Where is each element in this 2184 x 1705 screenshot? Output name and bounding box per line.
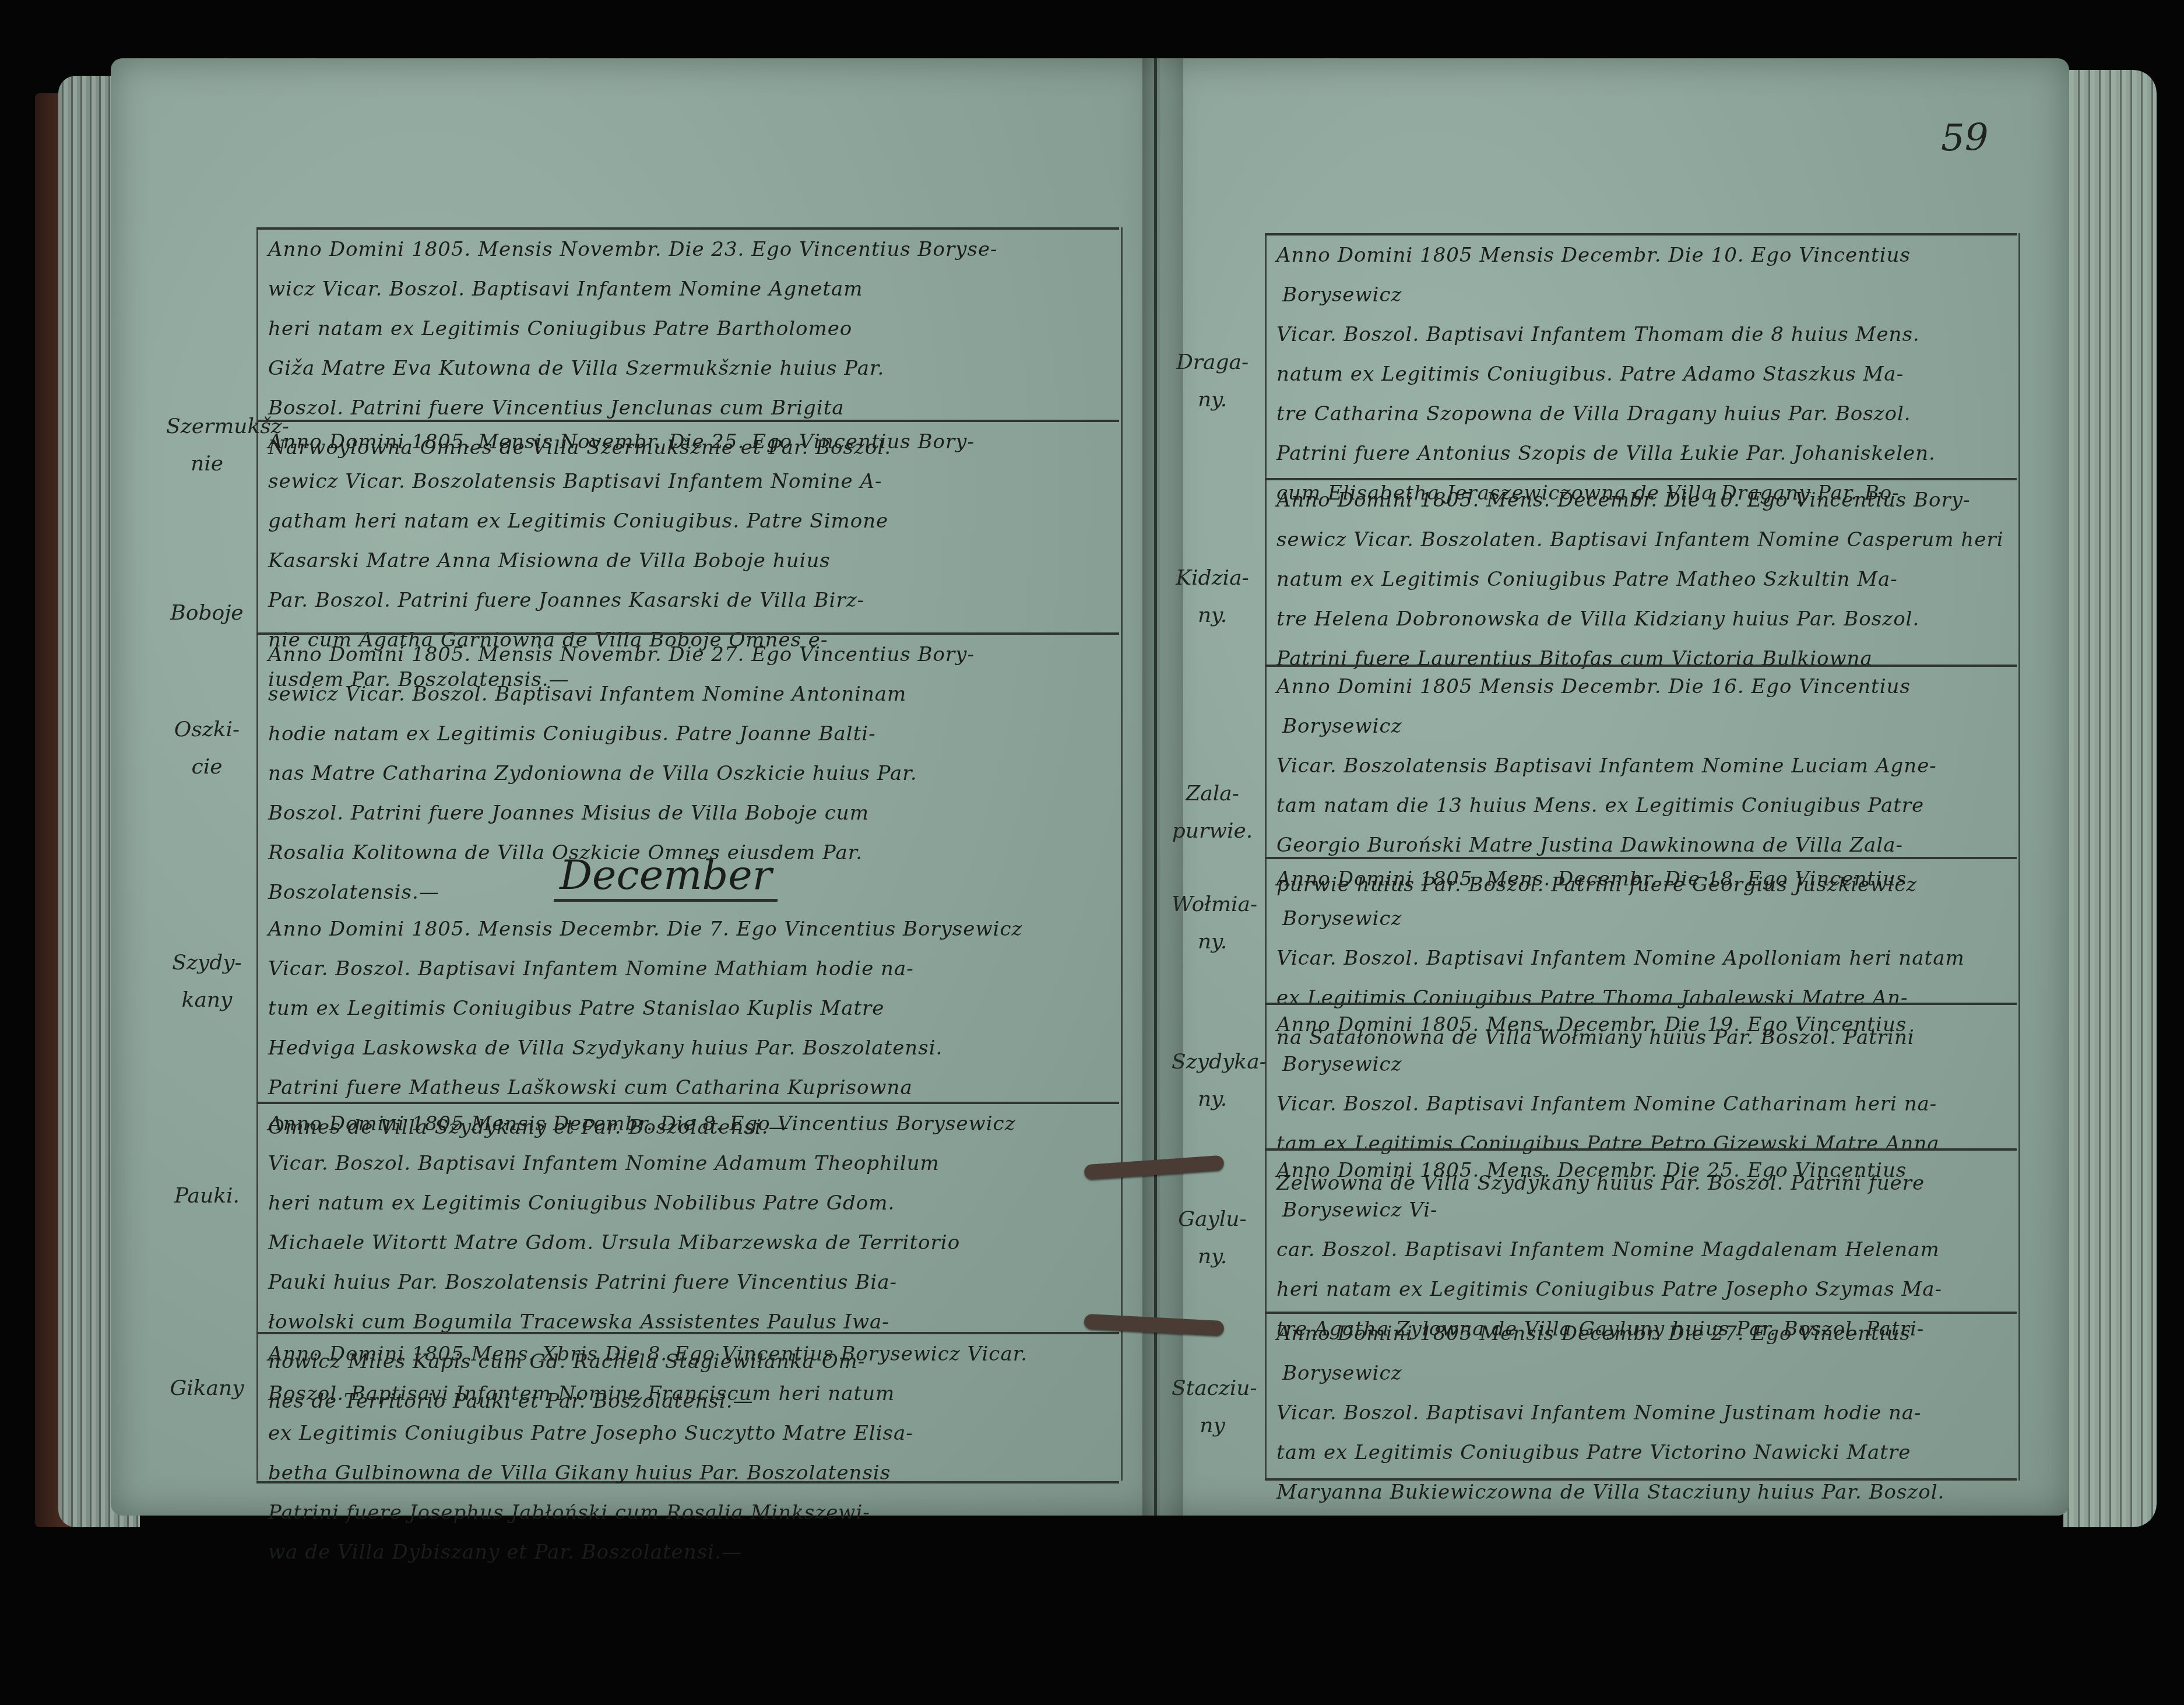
- entry-line: gatham heri natam ex Legitimis Coniugibu…: [256, 501, 1119, 541]
- entry-line: Boszol. Baptisavi Infantem Nomine Franci…: [256, 1374, 1119, 1414]
- entry-line: natum ex Legitimis Coniugibus Patre Math…: [1265, 560, 2017, 599]
- entry-line: Vicar. Boszol. Baptisavi Infantem Nomine…: [1265, 938, 2017, 978]
- margin-village-note: Wołmia­ny.: [1172, 886, 1253, 961]
- page-edges-right: [2063, 70, 2157, 1527]
- margin-village-note: Szermukšz­nie: [166, 408, 248, 483]
- margin-village-note: Draga­ny.: [1172, 344, 1253, 419]
- margin-village-note: Szydyka­ny.: [1172, 1043, 1253, 1118]
- entry-line: Anno Domini 1805 Mens. Xbris Die 8. Ego …: [256, 1334, 1119, 1374]
- entry-line: Vicar. Boszol. Baptisavi Infantem Nomine…: [256, 949, 1119, 989]
- entry-line: sewicz Vicar. Boszolaten. Baptisavi Infa…: [1265, 520, 2017, 560]
- open-register-book: Szermukšz­nie Anno Domini 1805. Mensis N…: [35, 47, 2157, 1655]
- margin-village-note: Stacziu­ny: [1172, 1370, 1253, 1444]
- entry-line: Vicar. Boszol. Baptisavi Infantem Nomine…: [1265, 1084, 2017, 1124]
- entry-line: Maryanna Bukiewiczowna de Villa Stacziun…: [1265, 1472, 2017, 1512]
- baptism-entry: Anno Domini 1805 Mensis Decembr. Die 27.…: [1265, 1312, 2017, 1481]
- baptism-entry: Anno Domini 1805. Mensis Novembr. Die 27…: [256, 632, 1119, 848]
- baptism-entry: Anno Domini 1805 Mensis Decembr. Die 16.…: [1265, 665, 2017, 857]
- baptism-entry: Anno Domini 1805. Mensis Novembr. Die 25…: [256, 420, 1119, 635]
- entry-line: sewicz Vicar. Boszol. Baptisavi Infantem…: [256, 674, 1119, 714]
- baptism-entry: Anno Domini 1805. Mensis Novembr. Die 23…: [256, 227, 1119, 431]
- entry-line: Anno Domini 1805 Mensis Decembr. Die 8. …: [256, 1104, 1119, 1144]
- baptism-entry: Anno Domini 1805 Mensis Decembr. Die 8. …: [256, 1102, 1119, 1341]
- entry-line: Anno Domini 1805 Mensis Decembr. Die 27.…: [1265, 1314, 2017, 1393]
- entry-line: heri natam ex Legitimis Coniugibus Patre…: [256, 309, 1119, 349]
- entry-line: Anno Domini 1805. Mensis Novembr. Die 23…: [256, 230, 1119, 269]
- page-number: 59: [1941, 117, 1988, 160]
- entry-line: Boszol. Patrini fuere Joannes Misius de …: [256, 793, 1119, 833]
- left-page: Szermukšz­nie Anno Domini 1805. Mensis N…: [111, 58, 1160, 1516]
- entry-line: Hedviga Laskowska de Villa Szydykany hui…: [256, 1028, 1119, 1068]
- entry-line: Anno Domini 1805. Mens. Decembr. Die 18.…: [1265, 859, 2017, 938]
- entry-line: tam natam die 13 huius Mens. ex Legitimi…: [1265, 786, 2017, 825]
- entry-line: Anno Domini 1805 Mensis Decembr. Die 16.…: [1265, 667, 2017, 746]
- baptism-entry: Anno Domini 1805. Mensis Decembr. Die 7.…: [256, 909, 1119, 1102]
- margin-village-note: Gikany: [166, 1370, 248, 1407]
- entry-line: Anno Domini 1805. Mensis Decembr. Die 7.…: [256, 909, 1119, 949]
- right-page: 59 Draga­ny. Anno Domini 1805 Mensis Dec…: [1160, 58, 2069, 1516]
- entry-line: Vicar. Boszol. Baptisavi Infantem Nomine…: [1265, 1393, 2017, 1433]
- entry-line: Anno Domini 1805. Mens. Decembr. Die 10.…: [1265, 480, 2017, 520]
- entry-line: car. Boszol. Baptisavi Infantem Nomine M…: [1265, 1230, 2017, 1270]
- entry-line: tre Helena Dobronowska de Villa Kidziany…: [1265, 599, 2017, 639]
- entry-line: Patrini fuere Josephus Jabłoński cum Ros…: [256, 1493, 1119, 1532]
- entry-line: Anno Domini 1805 Mensis Decembr. Die 10.…: [1265, 235, 2017, 315]
- entry-line: tam ex Legitimis Coniugibus Patre Victor…: [1265, 1433, 2017, 1472]
- entry-line: betha Gulbinowna de Villa Gikany huius P…: [256, 1453, 1119, 1493]
- entry-line: ex Legitimis Coniugibus Patre Josepho Su…: [256, 1414, 1119, 1453]
- entry-line: Anno Domini 1805. Mensis Novembr. Die 27…: [256, 635, 1119, 674]
- book-spine-crease: [1154, 58, 1157, 1516]
- entry-line: Vicar. Boszol. Baptisavi Infantem Thomam…: [1265, 315, 2017, 354]
- baptism-entry: Anno Domini 1805 Mens. Xbris Die 8. Ego …: [256, 1332, 1119, 1483]
- baptism-entry: Anno Domini 1805. Mens. Decembr. Die 25.…: [1265, 1148, 2017, 1312]
- entry-line: wa de Villa Dybiszany et Par. Boszolaten…: [256, 1532, 1119, 1572]
- entry-line: tum ex Legitimis Coniugibus Patre Stanis…: [256, 989, 1119, 1028]
- entry-line: tre Catharina Szopowna de Villa Dragany …: [1265, 394, 2017, 434]
- entry-line: Anno Domini 1805. Mensis Novembr. Die 25…: [256, 422, 1119, 462]
- entry-line: Vicar. Boszolatensis Baptisavi Infantem …: [1265, 746, 2017, 786]
- entry-line: Vicar. Boszol. Baptisavi Infantem Nomine…: [256, 1144, 1119, 1183]
- entry-line: natum ex Legitimis Coniugibus. Patre Ada…: [1265, 354, 2017, 394]
- margin-village-note: Bobojе: [166, 595, 248, 632]
- entry-line: Michaele Witortt Matre Gdom. Ursula Miba…: [256, 1223, 1119, 1263]
- entry-line: Giža Matre Eva Kutowna de Villa Szermukš…: [256, 349, 1119, 388]
- entry-line: heri natum ex Legitimis Coniugibus Nobil…: [256, 1183, 1119, 1223]
- entry-line: wicz Vicar. Boszol. Baptisavi Infantem N…: [256, 269, 1119, 309]
- entry-line: Kasarski Matre Anna Misiowna de Villa Bo…: [256, 541, 1119, 581]
- entry-line: sewicz Vicar. Boszolatensis Baptisavi In…: [256, 462, 1119, 501]
- margin-village-note: Zala­purwie.: [1172, 775, 1253, 850]
- baptism-entry: Anno Domini 1805 Mensis Decembr. Die 10.…: [1265, 233, 2017, 478]
- entry-line: Pauki huius Par. Boszolatensis Patrini f…: [256, 1263, 1119, 1302]
- baptism-entry: Anno Domini 1805. Mens. Decembr. Die 10.…: [1265, 478, 2017, 665]
- entry-line: Anno Domini 1805. Mens. Decembr. Die 19.…: [1265, 1005, 2017, 1084]
- entry-line: Patrini fuere Antonius Szopis de Villa Ł…: [1265, 434, 2017, 473]
- book-gutter-shadow: [1142, 58, 1183, 1516]
- margin-village-note: Pauki.: [166, 1177, 248, 1215]
- entry-line: Anno Domini 1805. Mens. Decembr. Die 25.…: [1265, 1151, 2017, 1230]
- baptism-entry: Anno Domini 1805. Mens. Decembr. Die 18.…: [1265, 857, 2017, 1003]
- month-heading: December: [554, 851, 778, 902]
- margin-village-note: Kidzia­ny.: [1172, 560, 1253, 634]
- margin-village-note: Szydy­kany: [166, 944, 248, 1019]
- baptism-entry: Anno Domini 1805. Mens. Decembr. Die 19.…: [1265, 1003, 2017, 1148]
- entry-line: hodie natam ex Legitimis Coniugibus. Pat…: [256, 714, 1119, 754]
- entry-line: heri natam ex Legitimis Coniugibus Patre…: [1265, 1270, 2017, 1309]
- margin-village-note: Oszki­cie: [166, 711, 248, 786]
- entry-line: Par. Boszol. Patrini fuere Joannes Kasar…: [256, 581, 1119, 620]
- entry-line: nas Matre Catharina Zydoniowna de Villa …: [256, 754, 1119, 793]
- margin-village-note: Gaylu­ny.: [1172, 1201, 1253, 1275]
